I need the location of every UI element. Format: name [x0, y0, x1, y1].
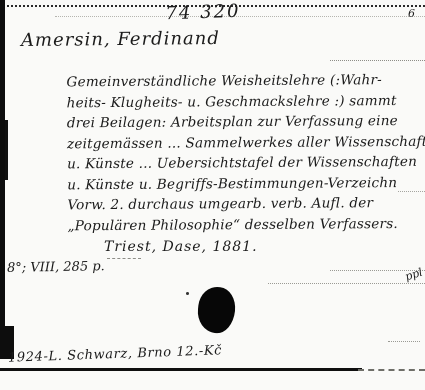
right-dotted-rule-1: [330, 60, 425, 61]
ink-speck: [186, 292, 189, 295]
scan-left-edge-notch: [5, 120, 8, 180]
title-line-1: Gemeinverständliche Weisheitslehre (:Wah…: [66, 70, 425, 93]
bottom-rule-dashed: [358, 369, 425, 371]
catalog-card: 74 320 6 Amersin, Ferdinand Gemeinverstä…: [0, 0, 425, 390]
imprint-line: Triest, Dase, 1881.: [104, 239, 258, 255]
bottom-rule-solid: [0, 368, 362, 371]
author-heading: Amersin, Ferdinand: [21, 28, 220, 51]
imprint-underline: [107, 258, 141, 259]
title-line-7: Vorw. 2. durchaus umgearb. verb. Aufl. d…: [67, 193, 425, 216]
call-number: 74 320: [128, 0, 279, 26]
margin-mark: ppl: [404, 266, 425, 284]
title-line-3: drei Beilagen: Arbeitsplan zur Verfassun…: [67, 111, 425, 134]
title-line-4: zeitgemässen ... Sammelwerkes aller Wiss…: [67, 131, 425, 154]
title-line-8: „Populären Philosophie“ desselben Verfas…: [67, 213, 425, 236]
title-paragraph: Gemeinverständliche Weisheitslehre (:Wah…: [66, 70, 425, 237]
title-line-6: u. Künste u. Begriffs-Bestimmungen-Verze…: [67, 172, 425, 195]
ink-blot: [196, 285, 238, 335]
acquisition-note: 1924-L. Schwarz, Brno 12.-Kč: [8, 343, 223, 365]
right-dotted-rule-5: [388, 341, 420, 342]
title-line-5: u. Künste ... Uebersichtstafel der Wisse…: [67, 152, 425, 175]
right-dotted-rule-4: [268, 283, 425, 284]
title-line-2: heits- Klugheits- u. Geschmackslehre :) …: [67, 90, 425, 113]
page-corner-mark: 6: [408, 7, 415, 20]
collation-note: 8°; VIII, 285 p.: [7, 259, 105, 276]
